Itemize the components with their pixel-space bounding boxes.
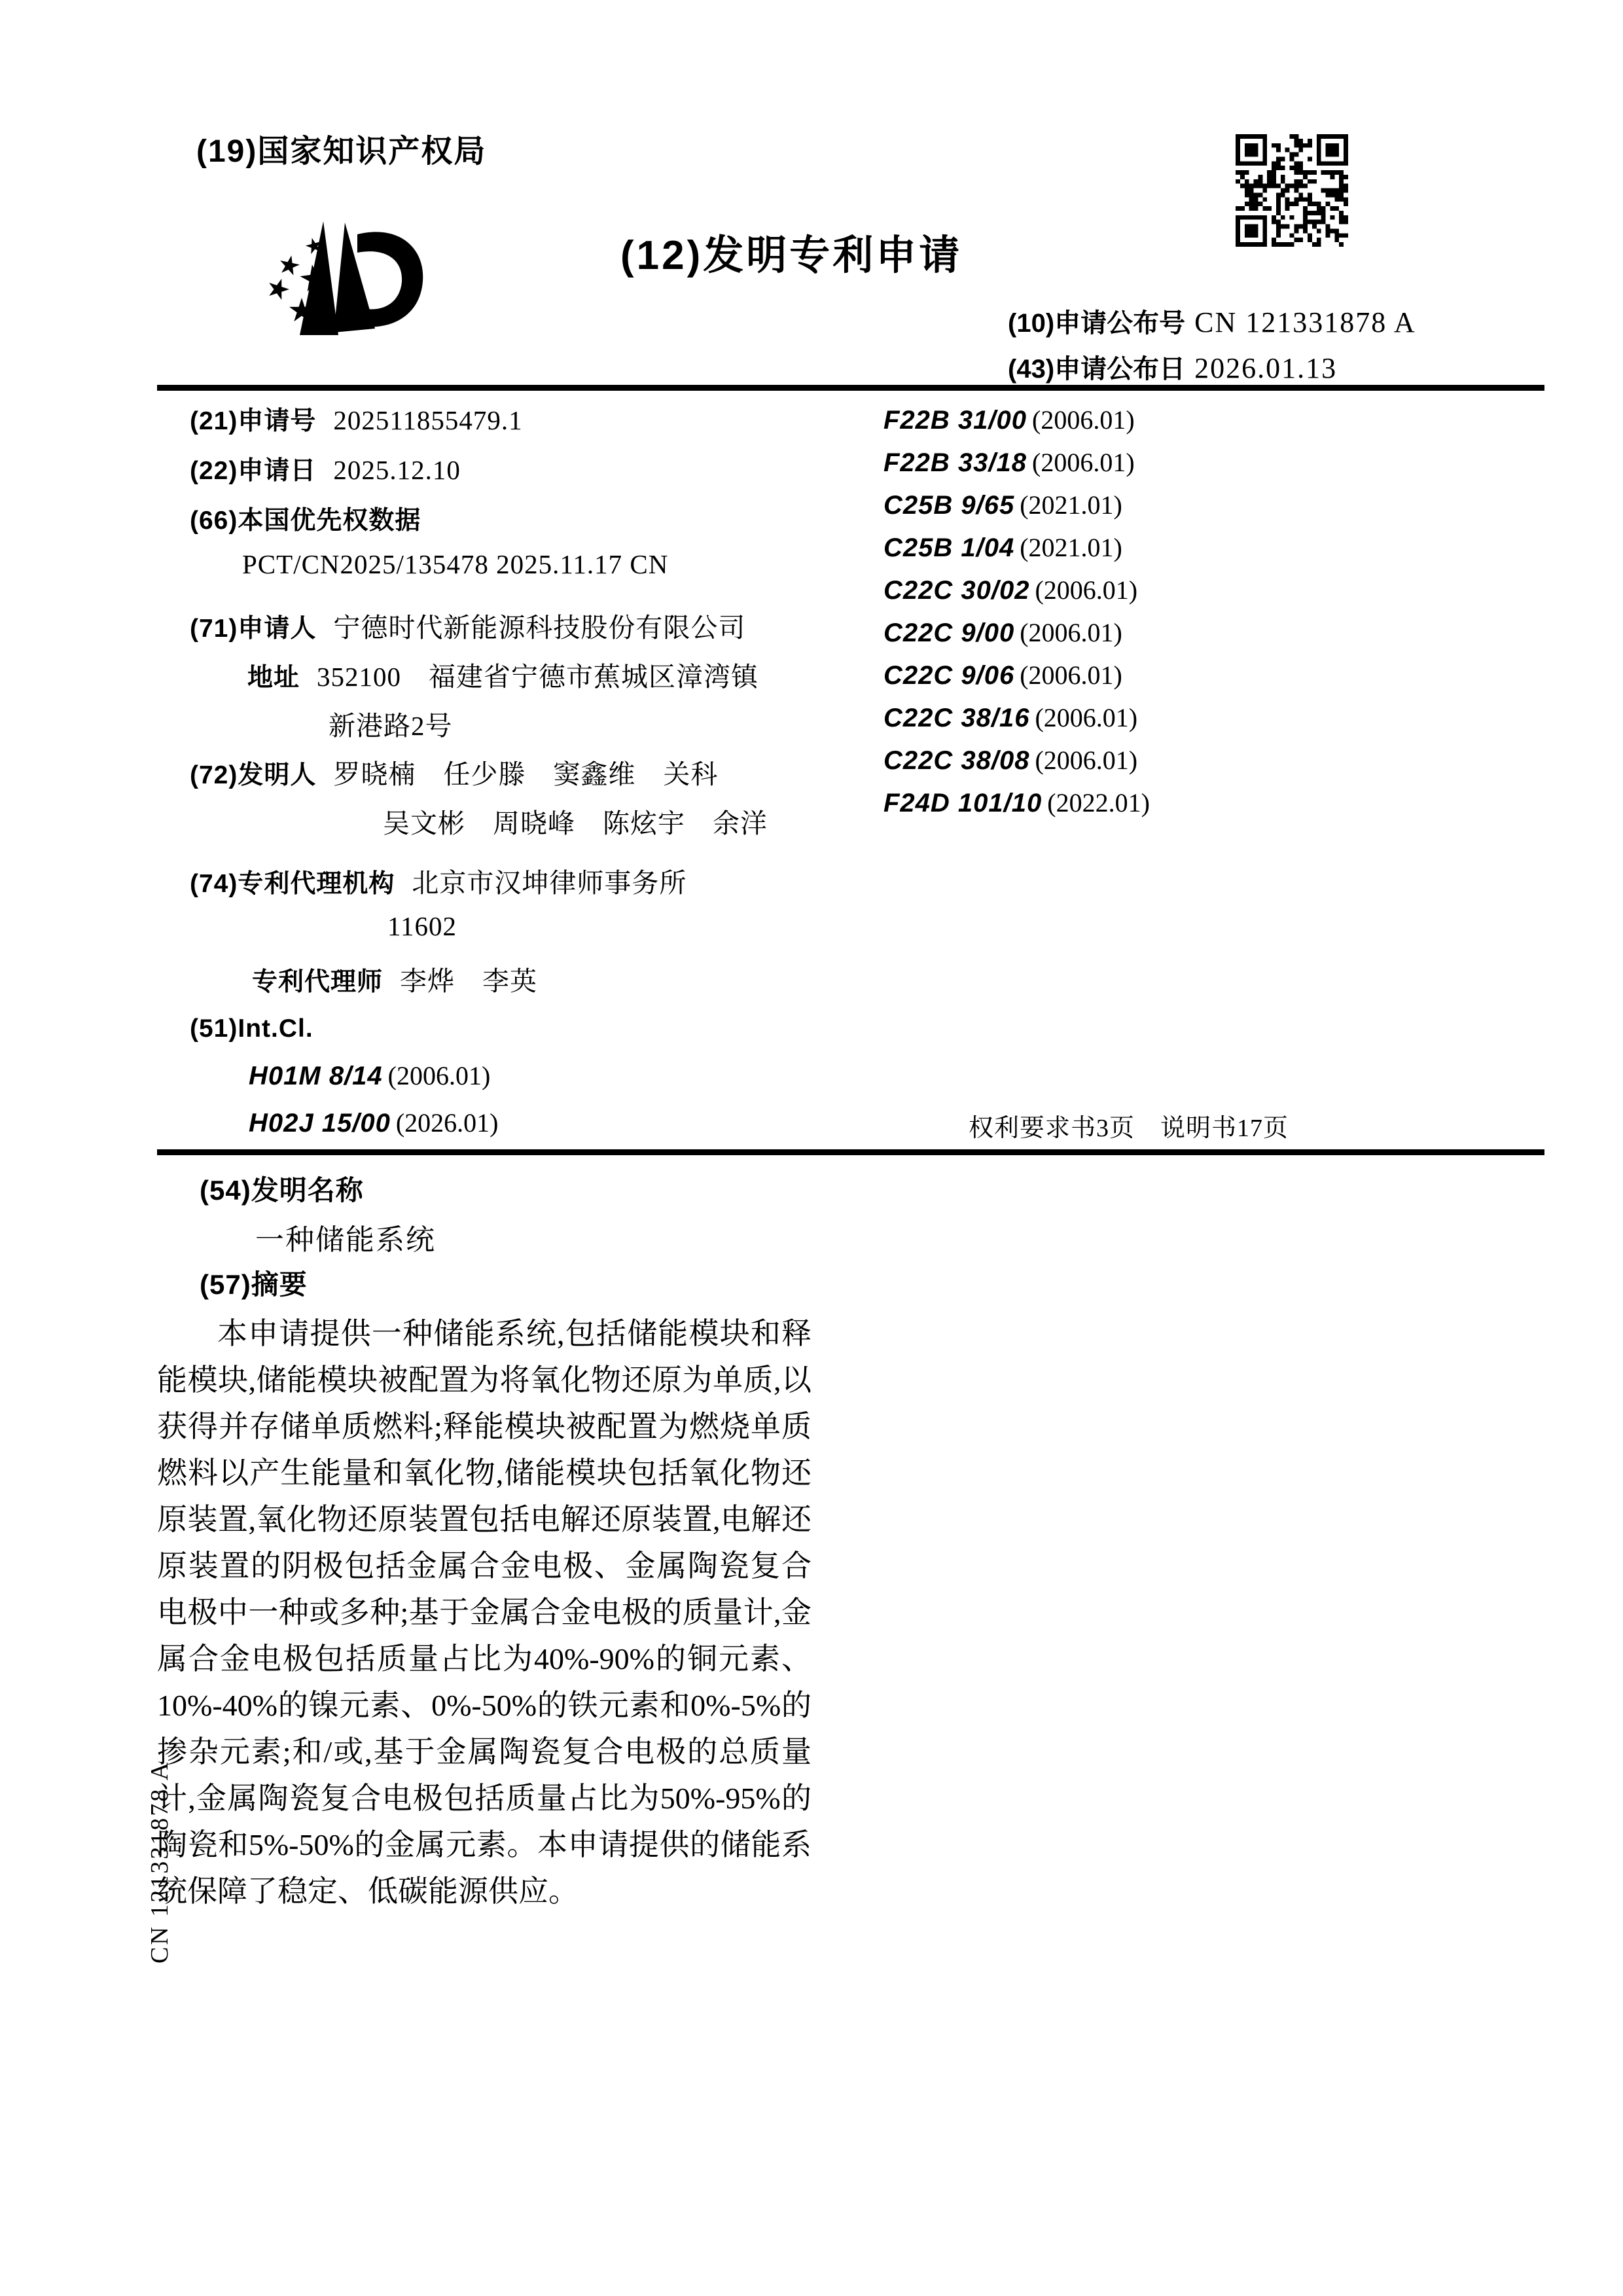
agency-value: 北京市汉坤律师事务所 [412, 868, 687, 898]
cnipa-logo-icon [260, 216, 432, 347]
section-divider [157, 1149, 1544, 1155]
ipc-year: (2006.01) [1020, 618, 1122, 647]
classification-item: C25B 1/04(2021.01) [883, 532, 1122, 563]
publication-date-row: (43)申请公布日2026.01.13 [1008, 348, 1337, 386]
ipc-year: (2021.01) [1020, 533, 1122, 562]
address-value: 352100 福建省宁德市蕉城区漳湾镇 [317, 662, 758, 692]
classification-item: C22C 9/00(2006.01) [883, 617, 1122, 648]
patent-front-page: (19)国家知识产权局 (12)发明专利申请 (10)申请公布号CN 12133… [0, 0, 1623, 2296]
ipc-code: F24D 101/10 [883, 789, 1042, 817]
address-value2: 新港路2号 [329, 711, 453, 741]
ipc-year: (2006.01) [1035, 703, 1137, 732]
publication-number-value: CN 121331878 A [1194, 306, 1416, 338]
ipc-code: C22C 9/06 [883, 661, 1014, 690]
inventors-row: (72)发明人罗晓楠 任少滕 窦鑫维 关科 [190, 753, 718, 791]
classification-item: C22C 30/02(2006.01) [883, 575, 1137, 605]
ipc-code: F22B 33/18 [883, 448, 1027, 477]
classification-item: F24D 101/10(2022.01) [883, 787, 1150, 818]
abstract-text: 本申请提供一种储能系统,包括储能模块和释能模块,储能模块被配置为将氧化物还原为单… [157, 1310, 811, 1914]
ipc-code: C22C 9/00 [883, 619, 1014, 647]
ipc-year: (2026.01) [396, 1108, 499, 1138]
agent-row: 专利代理师李烨 李英 [252, 960, 537, 998]
priority-data-value: PCT/CN2025/135478 2025.11.17 CN [242, 549, 668, 579]
ipc-code: C22C 38/16 [883, 704, 1029, 732]
invention-title-label: (54)发明名称 [200, 1169, 364, 1208]
ipc-code: C25B 9/65 [883, 491, 1014, 520]
applicant-address-row2: 新港路2号 [329, 704, 453, 743]
pages-count: 权利要求书3页 说明书17页 [969, 1107, 1289, 1143]
application-number-value: 202511855479.1 [333, 405, 522, 435]
classification-item: C22C 38/16(2006.01) [883, 702, 1137, 733]
ipc-year: (2022.01) [1047, 788, 1150, 817]
classification-item: C25B 9/65(2021.01) [883, 490, 1122, 520]
ipc-code: C22C 30/02 [883, 576, 1029, 605]
ipc-code: F22B 31/00 [883, 406, 1027, 435]
publication-date-label: (43)申请公布日 [1008, 355, 1185, 384]
agency-code-row: 11602 [387, 910, 457, 942]
ipc-year: (2021.01) [1020, 490, 1122, 520]
priority-data-value-row: PCT/CN2025/135478 2025.11.17 CN [242, 548, 668, 580]
classification-item: F22B 33/18(2006.01) [883, 447, 1135, 478]
ipc-year: (2006.01) [1020, 660, 1122, 690]
office-name: (19)国家知识产权局 [196, 126, 486, 171]
applicant-row: (71)申请人宁德时代新能源科技股份有限公司 [190, 606, 745, 645]
ipc-code: C22C 38/08 [883, 746, 1029, 775]
classification-item: C22C 9/06(2006.01) [883, 660, 1122, 691]
inventors-line2: 吴文彬 周晓峰 陈炫宇 余洋 [383, 808, 768, 838]
publication-date-value: 2026.01.13 [1194, 352, 1337, 384]
priority-data-row: (66)本国优先权数据 [190, 500, 421, 537]
ipc-year: (2006.01) [1035, 575, 1137, 605]
int-cl-item: H01M 8/14(2006.01) [249, 1060, 490, 1091]
invention-title: 一种储能系统 [255, 1216, 436, 1258]
ipc-year: (2006.01) [1032, 448, 1135, 477]
abstract-label: (57)摘要 [200, 1263, 308, 1302]
ipc-year: (2006.01) [1032, 405, 1135, 435]
ipc-year: (2006.01) [1035, 745, 1137, 775]
publication-number-label: (10)申请公布号 [1008, 309, 1185, 338]
ipc-code: H02J 15/00 [249, 1109, 391, 1138]
priority-data-label: (66)本国优先权数据 [190, 507, 421, 535]
inventors-line1: 罗晓楠 任少滕 窦鑫维 关科 [333, 759, 718, 789]
applicant-value: 宁德时代新能源科技股份有限公司 [333, 613, 745, 643]
qr-code [1236, 134, 1348, 247]
agency-code: 11602 [387, 911, 457, 941]
ipc-code: H01M 8/14 [249, 1062, 383, 1090]
ipc-code: C25B 1/04 [883, 533, 1014, 562]
header-divider [157, 385, 1544, 391]
int-cl-row: (51)Int.Cl. [190, 1014, 313, 1043]
applicant-address-row: 地址352100 福建省宁德市蕉城区漳湾镇 [247, 655, 758, 694]
int-cl-label: (51)Int.Cl. [190, 1014, 313, 1043]
document-type-title: (12)发明专利申请 [620, 223, 962, 281]
application-date-row: (22)申请日2025.12.10 [190, 450, 461, 487]
agency-label: (74)专利代理机构 [190, 870, 395, 898]
classification-item: C22C 38/08(2006.01) [883, 745, 1137, 776]
application-date-label: (22)申请日 [190, 457, 316, 485]
ipc-year: (2006.01) [388, 1061, 491, 1090]
agent-names: 李烨 李英 [400, 966, 537, 996]
application-date-value: 2025.12.10 [333, 455, 461, 485]
address-label: 地址 [247, 664, 300, 692]
application-number-row: (21)申请号202511855479.1 [190, 401, 523, 437]
agent-label: 专利代理师 [252, 968, 383, 996]
inventors-row2: 吴文彬 周晓峰 陈炫宇 余洋 [383, 802, 768, 840]
vertical-document-id: CN 121331878 A [145, 1761, 174, 1964]
publication-number-row: (10)申请公布号CN 121331878 A [1008, 302, 1416, 340]
application-number-label: (21)申请号 [190, 407, 316, 435]
inventors-label: (72)发明人 [190, 761, 316, 789]
int-cl-item: H02J 15/00(2026.01) [249, 1107, 498, 1138]
applicant-label: (71)申请人 [190, 615, 316, 643]
classification-item: F22B 31/00(2006.01) [883, 404, 1135, 435]
agency-row: (74)专利代理机构北京市汉坤律师事务所 [190, 861, 687, 900]
